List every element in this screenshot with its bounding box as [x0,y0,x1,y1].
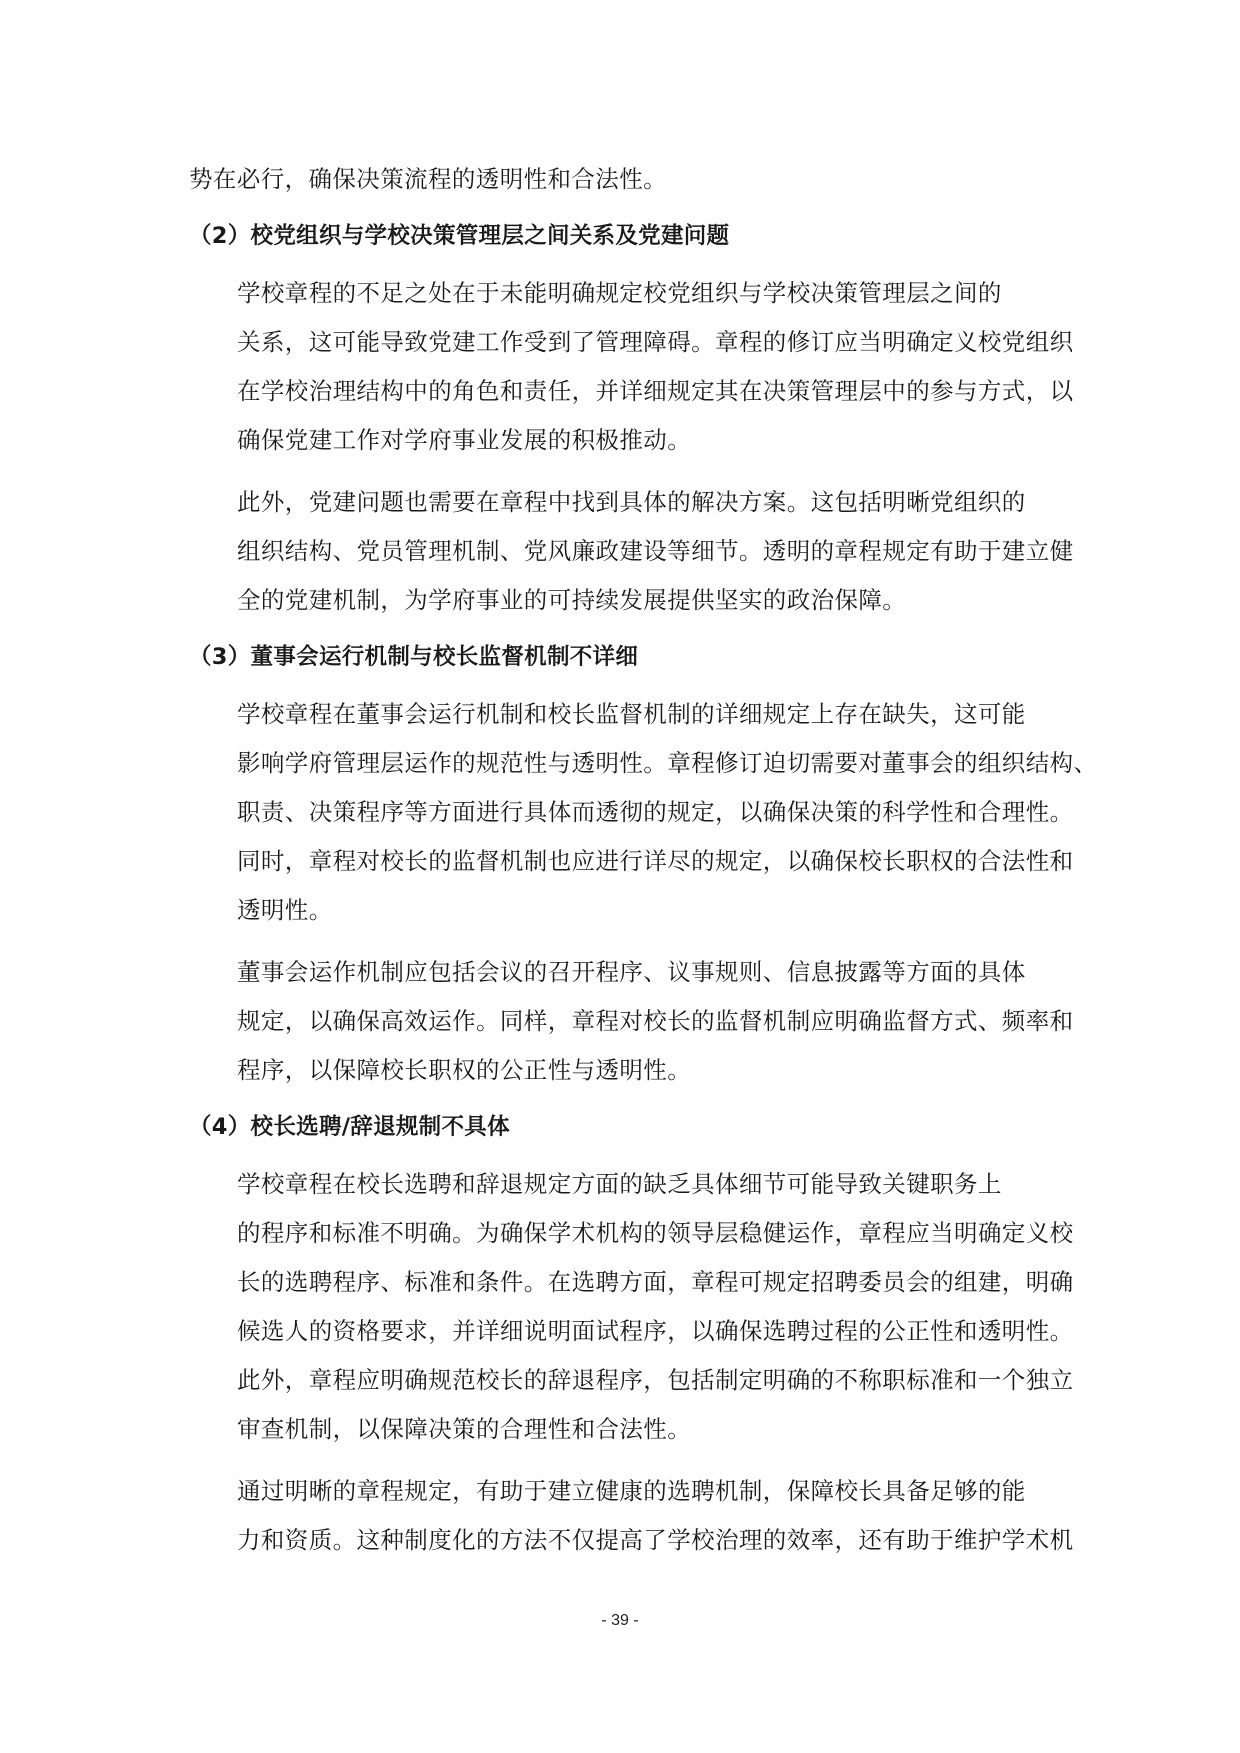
text-line: 力和资质。这种制度化的方法不仅提高了学校治理的效率，还有助于维护学术机 [189,1516,1053,1565]
section-heading-4: （4）校长选聘/辞退规制不具体 [189,1103,1053,1152]
text-line: 在学校治理结构中的角色和责任，并详细规定其在决策管理层中的参与方式，以 [189,367,1053,416]
text-line: 职责、决策程序等方面进行具体而透彻的规定，以确保决策的科学性和合理性。 [189,788,1053,837]
text-line: 全的党建机制，为学府事业的可持续发展提供坚实的政治保障。 [189,576,1053,625]
section-heading-2: （2）校党组织与学校决策管理层之间关系及党建问题 [189,212,1053,261]
text-line: 此外，党建问题也需要在章程中找到具体的解决方案。这包括明晰党组织的 [189,478,1053,527]
section-3-paragraph-1: 学校章程在董事会运行机制和校长监督机制的详细规定上存在缺失，这可能 影响学府管理… [189,690,1053,935]
text-line: 透明性。 [189,886,1053,935]
text-line: 影响学府管理层运作的规范性与透明性。章程修订迫切需要对董事会的组织结构、 [189,739,1053,788]
text-line: 组织结构、党员管理机制、党风廉政建设等细节。透明的章程规定有助于建立健 [189,527,1053,576]
text-line: 候选人的资格要求，并详细说明面试程序，以确保选聘过程的公正性和透明性。 [189,1307,1053,1356]
text-line: 通过明晰的章程规定，有助于建立健康的选聘机制，保障校长具备足够的能 [189,1467,1053,1516]
text-line: 势在必行，确保决策流程的透明性和合法性。 [189,155,1053,204]
text-line: 长的选聘程序、标准和条件。在选聘方面，章程可规定招聘委员会的组建，明确 [189,1258,1053,1307]
text-line: 学校章程的不足之处在于未能明确规定校党组织与学校决策管理层之间的 [189,269,1053,318]
text-line: 程序，以保障校长职权的公正性与透明性。 [189,1046,1053,1095]
text-line: 关系，这可能导致党建工作受到了管理障碍。章程的修订应当明确定义校党组织 [189,318,1053,367]
section-2-paragraph-1: 学校章程的不足之处在于未能明确规定校党组织与学校决策管理层之间的 关系，这可能导… [189,269,1053,465]
text-line: 审查机制，以保障决策的合理性和合法性。 [189,1405,1053,1454]
document-page: 势在必行，确保决策流程的透明性和合法性。 （2）校党组织与学校决策管理层之间关系… [189,155,1053,1565]
text-line: 董事会运作机制应包括会议的召开程序、议事规则、信息披露等方面的具体 [189,948,1053,997]
section-2-paragraph-2: 此外，党建问题也需要在章程中找到具体的解决方案。这包括明晰党组织的 组织结构、党… [189,478,1053,625]
section-4-paragraph-2: 通过明晰的章程规定，有助于建立健康的选聘机制，保障校长具备足够的能 力和资质。这… [189,1467,1053,1565]
text-line: 此外，章程应明确规范校长的辞退程序，包括制定明确的不称职标准和一个独立 [189,1356,1053,1405]
text-line: 规定，以确保高效运作。同样，章程对校长的监督机制应明确监督方式、频率和 [189,997,1053,1046]
section-3-paragraph-2: 董事会运作机制应包括会议的召开程序、议事规则、信息披露等方面的具体 规定，以确保… [189,948,1053,1095]
text-line: 确保党建工作对学府事业发展的积极推动。 [189,416,1053,465]
section-4-paragraph-1: 学校章程在校长选聘和辞退规定方面的缺乏具体细节可能导致关键职务上 的程序和标准不… [189,1160,1053,1454]
continuation-paragraph: 势在必行，确保决策流程的透明性和合法性。 [189,155,1053,204]
text-line: 学校章程在校长选聘和辞退规定方面的缺乏具体细节可能导致关键职务上 [189,1160,1053,1209]
text-line: 同时，章程对校长的监督机制也应进行详尽的规定，以确保校长职权的合法性和 [189,837,1053,886]
page-number: - 39 - [0,1612,1240,1630]
section-heading-3: （3）董事会运行机制与校长监督机制不详细 [189,633,1053,682]
text-line: 学校章程在董事会运行机制和校长监督机制的详细规定上存在缺失，这可能 [189,690,1053,739]
text-line: 的程序和标准不明确。为确保学术机构的领导层稳健运作，章程应当明确定义校 [189,1209,1053,1258]
